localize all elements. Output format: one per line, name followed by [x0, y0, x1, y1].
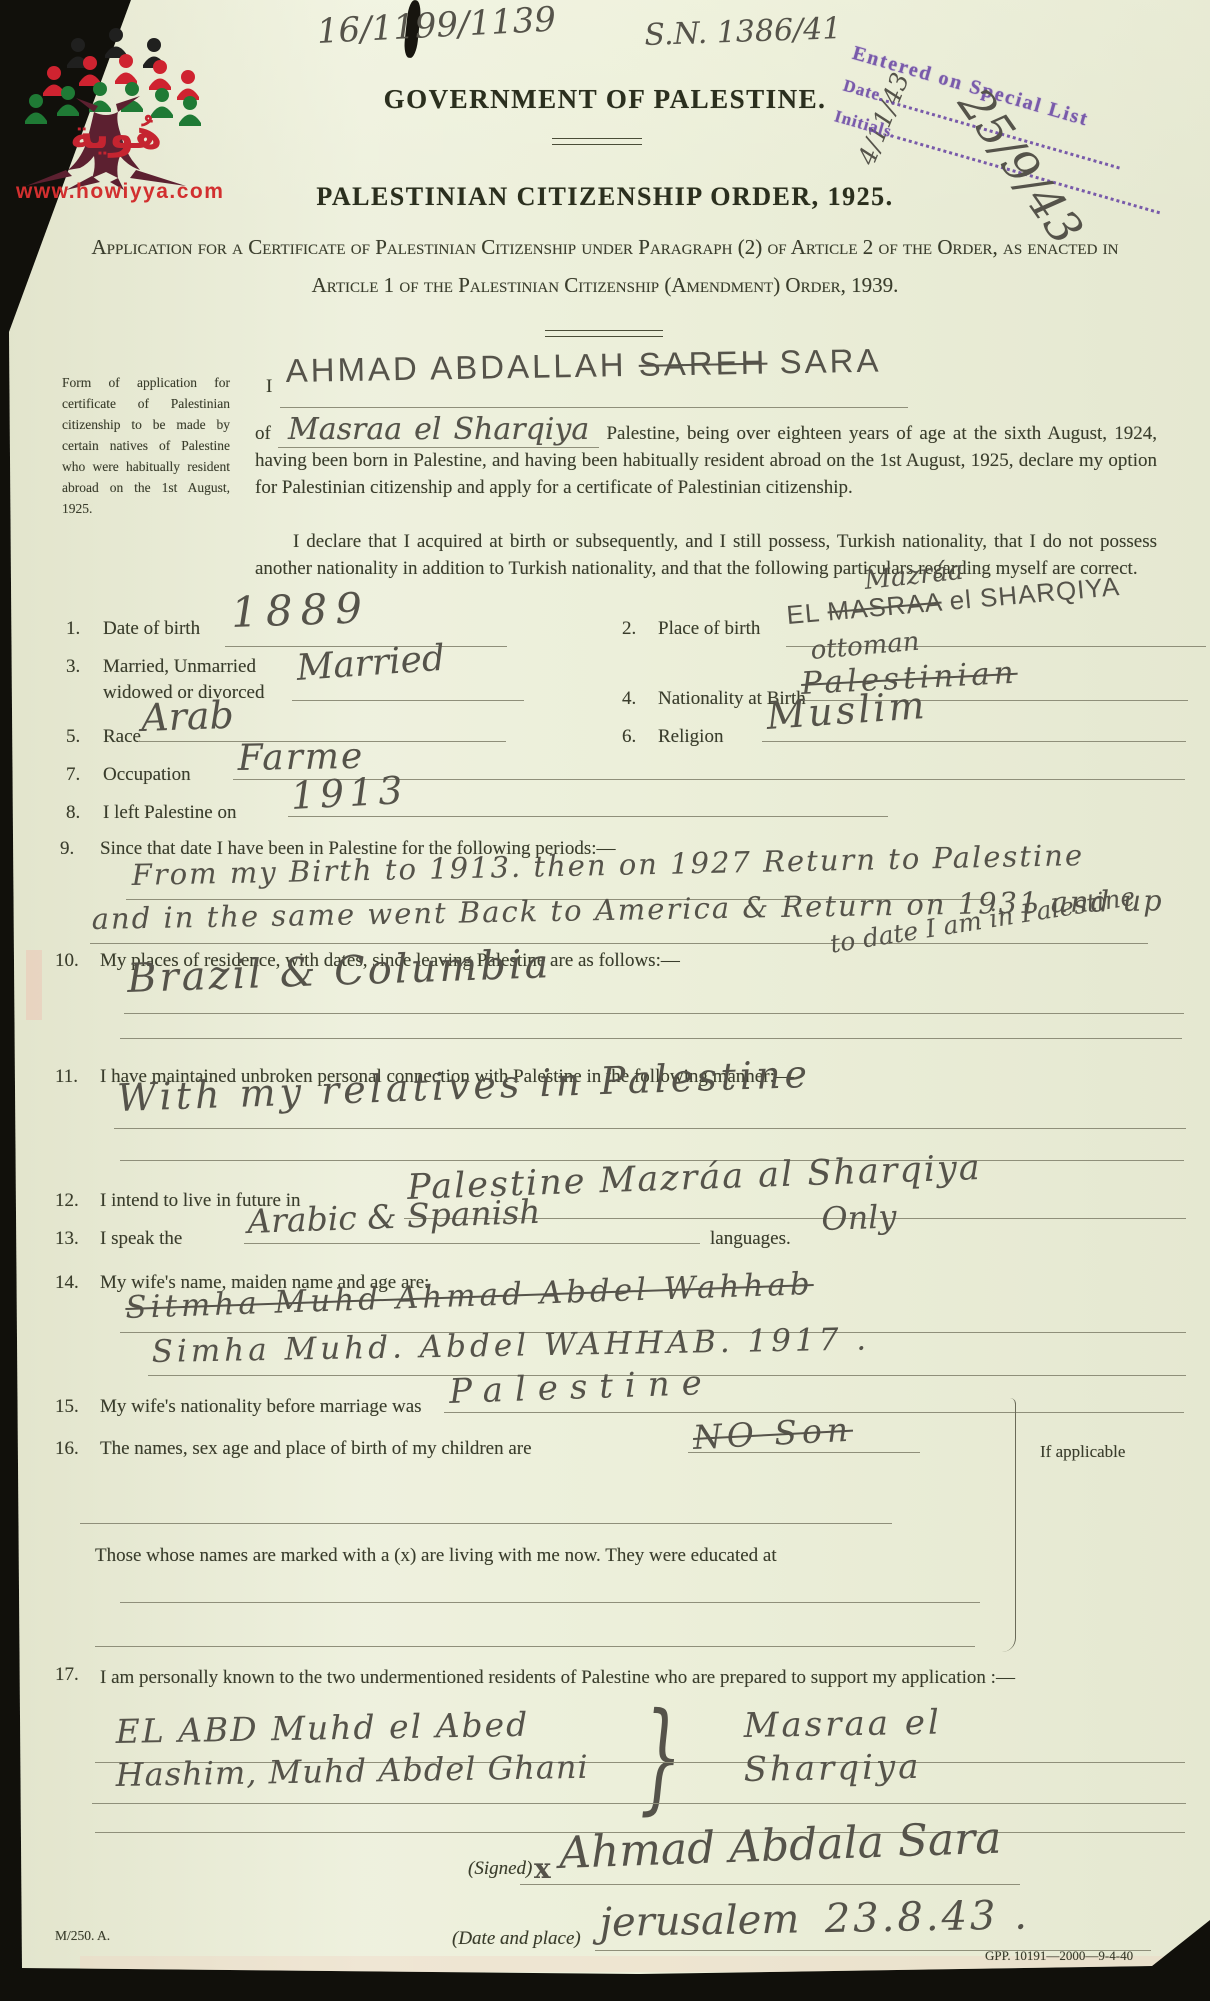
item-17-place-2-handwritten: Sharqiya	[743, 1747, 922, 1790]
declaration-second-paragraph: I declare that I acquired at birth or su…	[255, 528, 1157, 582]
signature-handwritten: Ahmad Abdala Sara	[558, 1813, 1002, 1879]
blank-line-3	[80, 1523, 892, 1524]
item-6-label: Religion	[658, 726, 723, 748]
item-10-no: 10.	[55, 950, 79, 972]
margin-note: Form of application for certificate of P…	[62, 372, 230, 519]
place-handwritten: jerusalem	[599, 1897, 800, 1946]
children-note: Those whose names are marked with a (x) …	[95, 1542, 987, 1569]
form-code-left: M/250. A.	[55, 1928, 110, 1944]
item-5-label: Race	[103, 726, 141, 748]
item-8-value-handwritten: 1913	[290, 768, 409, 818]
applicant-name-main: AHMAD ABDALLAH	[285, 346, 627, 389]
howiyya-logo: هُوية	[6, 20, 236, 195]
item-17-referee-1-handwritten: EL ABD Muhd el Abed	[115, 1705, 529, 1751]
application-paragraph: Application for a Certificate of Palesti…	[62, 228, 1148, 304]
place-of-origin-handwritten: Masraa el Sharqiya	[278, 412, 599, 448]
signature-x-mark: x	[534, 1852, 551, 1885]
item-4-no: 4.	[622, 688, 636, 710]
header-rule-2	[545, 330, 663, 337]
item-15-label: My wife's nationality before marriage wa…	[100, 1396, 422, 1418]
item-9-underline-2	[90, 943, 1148, 944]
item-1-no: 1.	[66, 618, 80, 640]
item-7-label: Occupation	[103, 764, 191, 786]
item-13-extra-handwritten: Only	[821, 1197, 897, 1238]
item-17-referee-2-handwritten: Hashim, Muhd Abdel Ghani	[115, 1748, 589, 1794]
scanned-document: 16/1199/1139 S.N. 1386/41 4/11/43 Entere…	[0, 0, 1210, 2001]
item-11-no: 11.	[55, 1066, 78, 1088]
item-11-value-handwritten: With my relatives in Palestine	[116, 1052, 811, 1120]
item-17-brace-handwritten: }	[640, 1688, 682, 1827]
signed-label: (Signed)	[468, 1858, 532, 1880]
logo-website-text: www.howiyya.com	[16, 180, 224, 204]
item-3-no: 3.	[66, 656, 80, 678]
item-2-no: 2.	[622, 618, 636, 640]
item-3-underline	[292, 700, 524, 701]
item-16-value-handwritten: NO Son	[692, 1410, 854, 1457]
item-8-underline	[288, 816, 888, 817]
applicant-name-handwritten: AHMAD ABDALLAH SAREH SARA	[285, 342, 881, 390]
blank-line-5	[95, 1646, 975, 1647]
item-13-no: 13.	[55, 1228, 79, 1250]
declaration-paragraph: of Masraa el Sharqiya Palestine, being o…	[255, 420, 1157, 501]
item-14-no: 14.	[55, 1272, 79, 1294]
declaration-i: I	[266, 376, 272, 398]
item-16-label: The names, sex age and place of birth of…	[100, 1438, 532, 1460]
logo-arabic-text: هُوية	[70, 112, 162, 158]
item-13-label-post: languages.	[710, 1228, 791, 1250]
signature-underline	[520, 1884, 1020, 1885]
print-code-right: GPP. 10191—2000—9-4-40	[985, 1948, 1133, 1964]
file-number-handwritten: 16/1199/1139	[316, 0, 557, 52]
item-10-underline	[124, 1013, 1184, 1014]
item-17-label: I am personally known to the two underme…	[100, 1664, 1162, 1691]
item-14-line-handwritten: Simha Muhd. Abdel WAHHAB. 1917 .	[151, 1321, 870, 1370]
of-word: of	[255, 423, 271, 444]
item-16-underline	[688, 1452, 920, 1453]
item-1-label: Date of birth	[103, 618, 200, 640]
name-underline	[280, 407, 908, 408]
if-applicable-note: If applicable	[1040, 1442, 1125, 1462]
form-paper: 16/1199/1139 S.N. 1386/41 4/11/43 Entere…	[0, 0, 1210, 2001]
item-15-value-handwritten: Palestine	[449, 1363, 715, 1412]
item-1-value-handwritten: 1889	[230, 583, 371, 637]
item-13-label-pre: I speak the	[100, 1228, 182, 1250]
item-11-underline	[114, 1128, 1186, 1129]
item-9-no: 9.	[60, 838, 74, 860]
item-8-no: 8.	[66, 802, 80, 824]
paper-stain-left	[26, 950, 42, 1020]
blank-line-4	[120, 1602, 980, 1603]
item-17-place-1-handwritten: Masraa el	[743, 1703, 942, 1746]
item-2-label: Place of birth	[658, 618, 760, 640]
item-17-underline-2	[92, 1803, 1186, 1804]
item-5-no: 5.	[66, 726, 80, 748]
item-7-no: 7.	[66, 764, 80, 786]
applicant-name-correction: SARA	[779, 342, 882, 381]
date-handwritten: 23.8.43 .	[824, 1892, 1030, 1942]
item-3-label-line1: Married, Unmarried	[103, 656, 256, 678]
date-place-label: (Date and place)	[452, 1928, 581, 1950]
item-2-pre: EL	[785, 597, 829, 630]
date-place-handwritten: jerusalem 23.8.43 .	[599, 1892, 1030, 1946]
if-applicable-bracket	[1001, 1398, 1016, 1652]
blank-line-1	[120, 1038, 1182, 1039]
serial-number-handwritten: S.N. 1386/41	[644, 11, 842, 53]
logo-people-black	[67, 28, 165, 68]
header-rule-1	[552, 138, 642, 145]
item-16-no: 16.	[55, 1438, 79, 1460]
applicant-name-struck: SAREH	[638, 344, 767, 383]
item-13-underline	[244, 1243, 700, 1244]
item-12-no: 12.	[55, 1190, 79, 1212]
item-6-underline	[762, 741, 1186, 742]
item-5-value-handwritten: Arab	[140, 693, 234, 740]
item-6-no: 6.	[622, 726, 636, 748]
item-15-no: 15.	[55, 1396, 79, 1418]
item-8-label: I left Palestine on	[103, 802, 237, 824]
item-17-no: 17.	[55, 1664, 79, 1686]
